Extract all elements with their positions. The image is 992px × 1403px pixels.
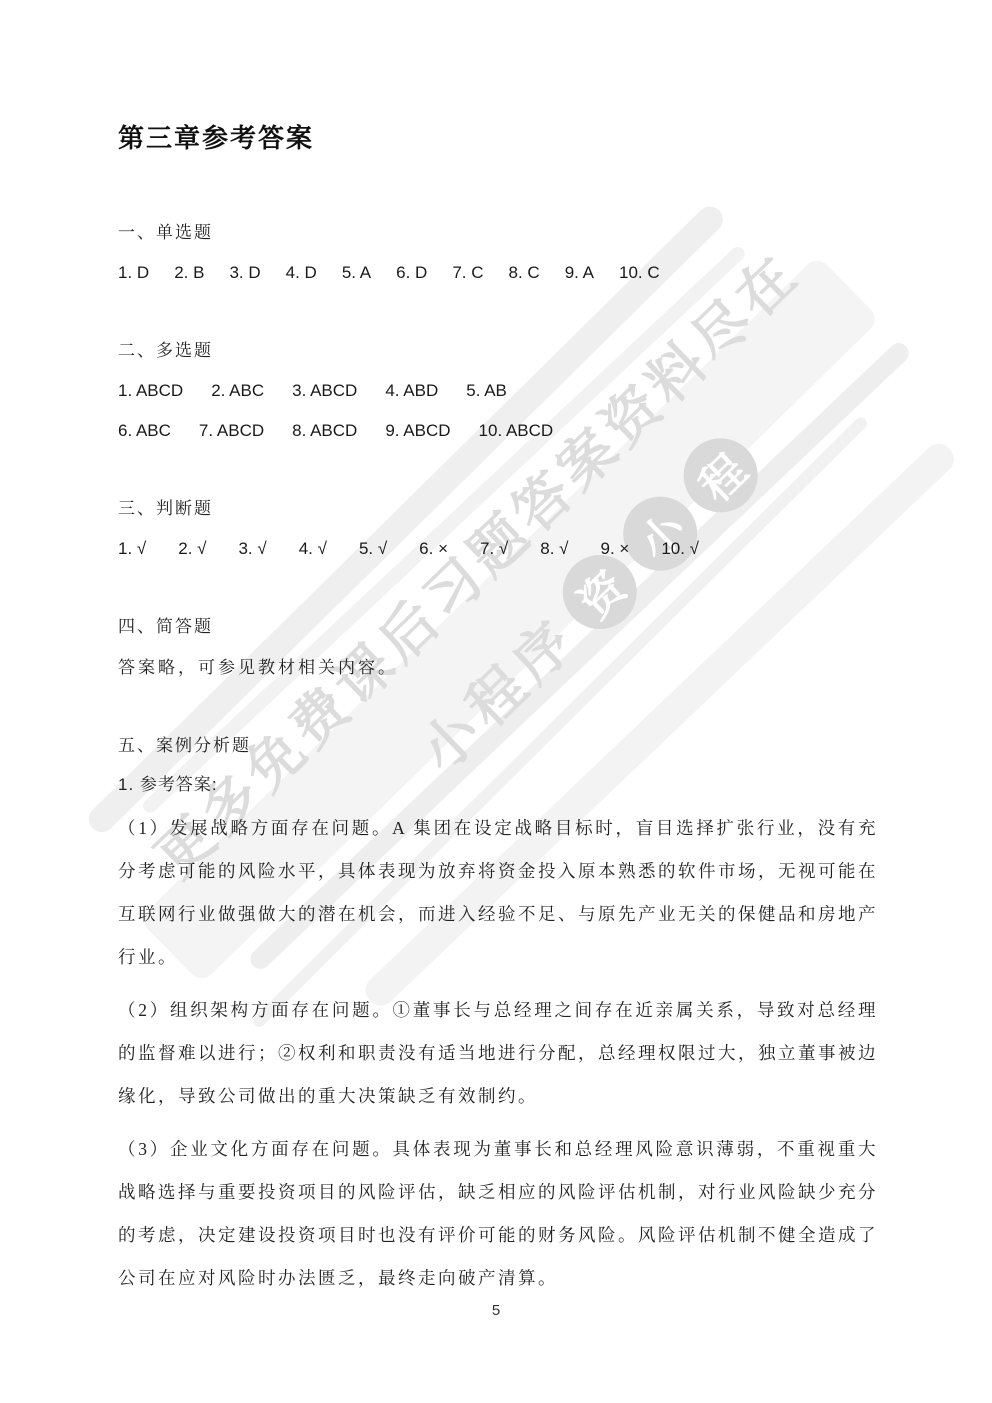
- section-case-analysis: 五、案例分析题 1. 参考答案: （1）发展战略方面存在问题。A 集团在设定战略…: [118, 734, 878, 1300]
- true-false-answers: 1. √ 2. √ 3. √ 4. √ 5. √ 6. × 7. √ 8. √ …: [118, 537, 878, 561]
- answer-item: 1. ABCD: [118, 379, 183, 403]
- single-choice-answers: 1. D 2. B 3. D 4. D 5. A 6. D 7. C 8. C …: [118, 261, 878, 285]
- answer-item: 5. √: [359, 537, 387, 561]
- answer-item: 10. ABCD: [479, 419, 554, 443]
- answer-item: 10. √: [661, 537, 699, 561]
- answer-item: 4. ABD: [385, 379, 438, 403]
- document-content: 第三章参考答案 一、单选题 1. D 2. B 3. D 4. D 5. A 6…: [0, 0, 992, 1300]
- answer-item: 9. A: [565, 261, 594, 285]
- multiple-choice-answers-row2: 6. ABC 7. ABCD 8. ABCD 9. ABCD 10. ABCD: [118, 419, 878, 443]
- answer-item: 1. √: [118, 537, 146, 561]
- answer-item: 6. ×: [419, 537, 448, 561]
- page-number: 5: [0, 1302, 992, 1319]
- case-analysis-heading: 五、案例分析题: [118, 734, 878, 758]
- multiple-choice-heading: 二、多选题: [118, 339, 878, 363]
- section-multiple-choice: 二、多选题 1. ABCD 2. ABC 3. ABCD 4. ABD 5. A…: [118, 339, 878, 443]
- answer-item: 8. C: [509, 261, 540, 285]
- answer-item: 6. D: [396, 261, 427, 285]
- answer-item: 9. ABCD: [385, 419, 450, 443]
- answer-item: 5. AB: [466, 379, 507, 403]
- answer-item: 3. D: [229, 261, 260, 285]
- answer-item: 6. ABC: [118, 419, 171, 443]
- answer-item: 2. ABC: [211, 379, 264, 403]
- case-analysis-paragraph-2: （2）组织架构方面存在问题。①董事长与总经理之间存在近亲属关系，导致对总经理的监…: [118, 989, 878, 1118]
- answer-item: 2. B: [174, 261, 204, 285]
- answer-item: 9. ×: [600, 537, 629, 561]
- page-title: 第三章参考答案: [118, 118, 878, 155]
- answer-item: 8. ABCD: [292, 419, 357, 443]
- answer-item: 7. C: [452, 261, 483, 285]
- answer-item: 8. √: [540, 537, 568, 561]
- answer-item: 4. D: [286, 261, 317, 285]
- case-analysis-paragraph-3: （3）企业文化方面存在问题。具体表现为董事长和总经理风险意识薄弱，不重视重大战略…: [118, 1128, 878, 1300]
- answer-item: 10. C: [619, 261, 660, 285]
- true-false-heading: 三、判断题: [118, 497, 878, 521]
- section-short-answer: 四、简答题 答案略，可参见教材相关内容。: [118, 615, 878, 680]
- answer-item: 4. √: [299, 537, 327, 561]
- answer-item: 2. √: [178, 537, 206, 561]
- answer-item: 7. ABCD: [199, 419, 264, 443]
- answer-item: 7. √: [480, 537, 508, 561]
- document-page: 更多免费课后习题答案资料尽在 小程序 资 小 程 第三章参考答案 一、单选题 1…: [0, 0, 992, 1403]
- single-choice-heading: 一、单选题: [118, 221, 878, 245]
- section-true-false: 三、判断题 1. √ 2. √ 3. √ 4. √ 5. √ 6. × 7. √…: [118, 497, 878, 561]
- answer-item: 3. √: [238, 537, 266, 561]
- multiple-choice-answers-row1: 1. ABCD 2. ABC 3. ABCD 4. ABD 5. AB: [118, 379, 878, 403]
- short-answer-body: 答案略，可参见教材相关内容。: [118, 656, 878, 680]
- answer-item: 1. D: [118, 261, 149, 285]
- case-analysis-subheading: 1. 参考答案:: [118, 773, 878, 797]
- answer-item: 3. ABCD: [292, 379, 357, 403]
- section-single-choice: 一、单选题 1. D 2. B 3. D 4. D 5. A 6. D 7. C…: [118, 221, 878, 285]
- short-answer-heading: 四、简答题: [118, 615, 878, 639]
- case-analysis-paragraph-1: （1）发展战略方面存在问题。A 集团在设定战略目标时，盲目选择扩张行业，没有充分…: [118, 807, 878, 979]
- answer-item: 5. A: [342, 261, 371, 285]
